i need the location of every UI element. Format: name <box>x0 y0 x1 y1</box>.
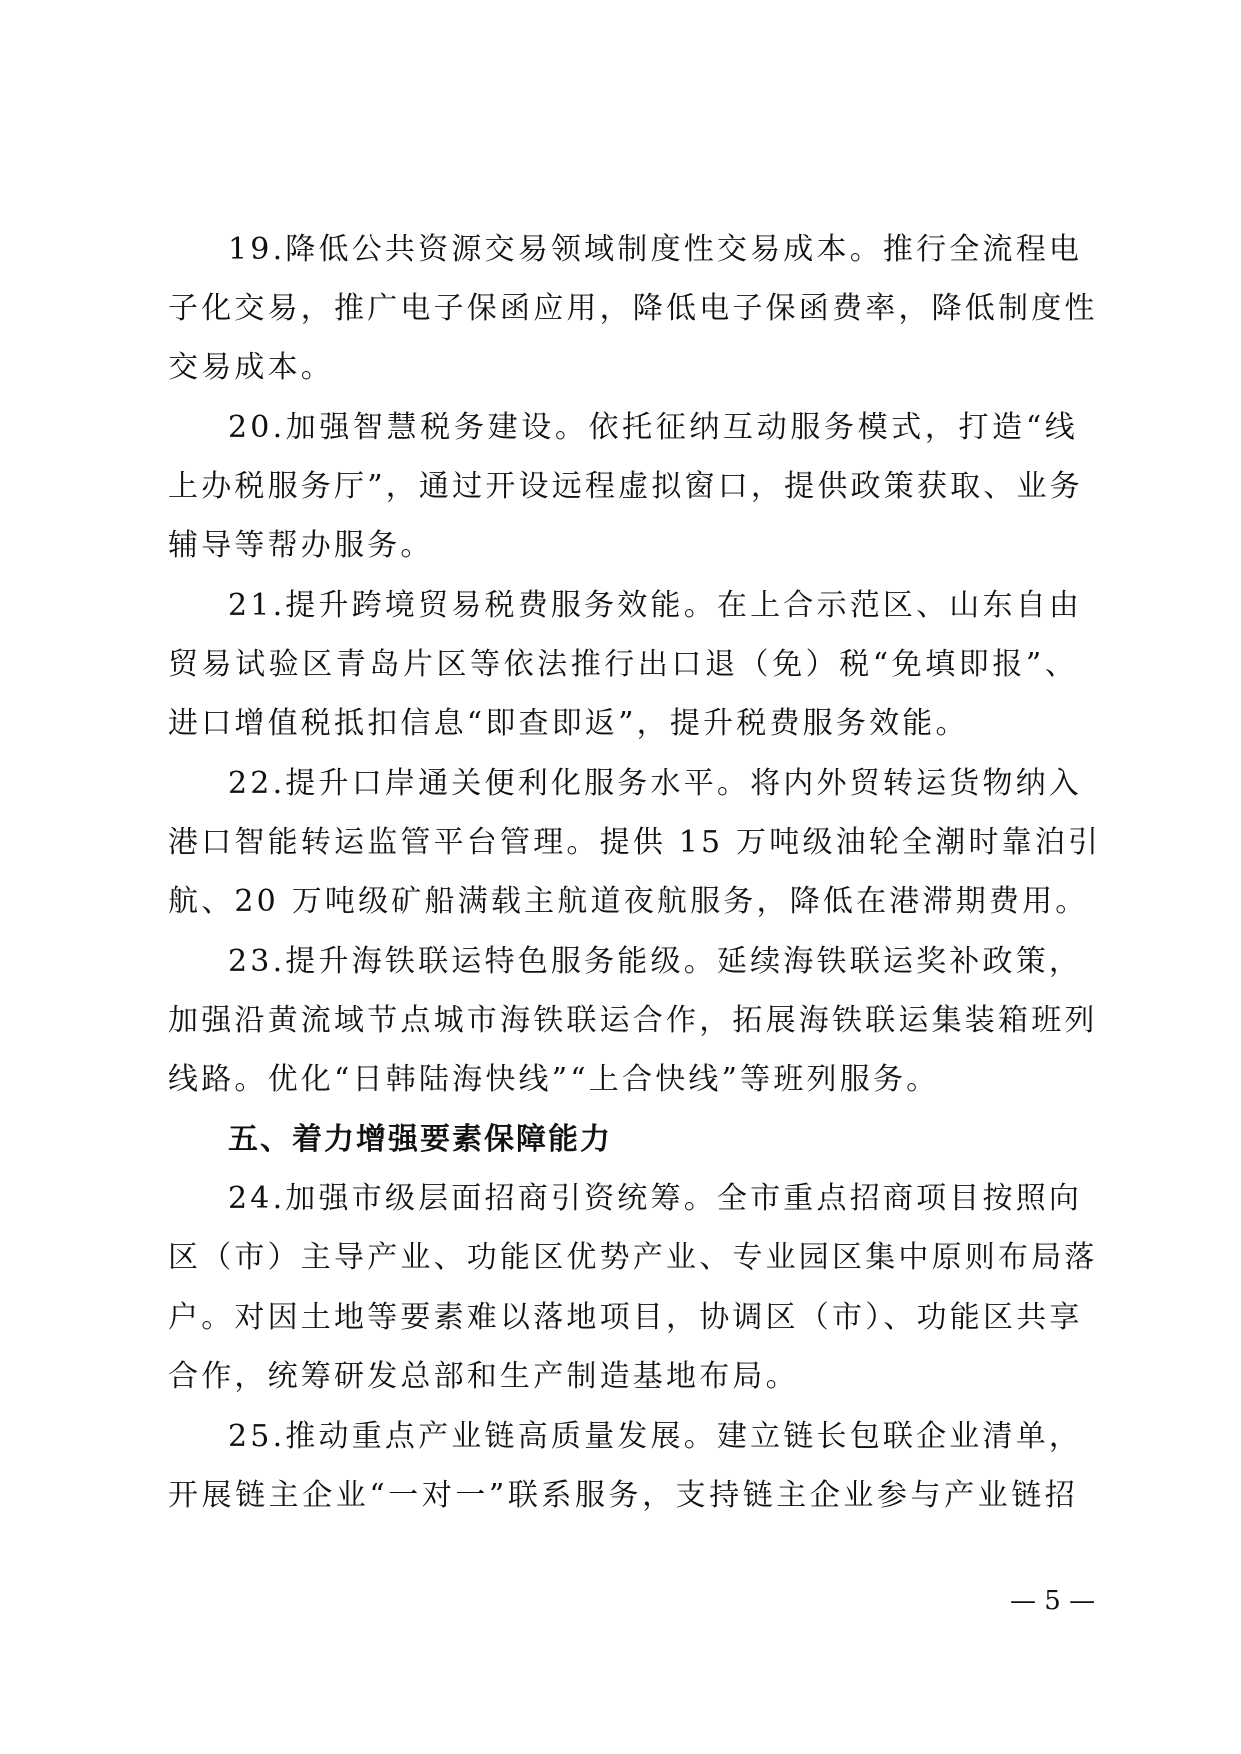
item-25-line-1: 25.推动重点产业链高质量发展。建立链长包联企业清单， <box>228 1413 1078 1461</box>
document-page: 19.降低公共资源交易领域制度性交易成本。推行全流程电 子化交易，推广电子保函应… <box>0 0 1241 1754</box>
section-heading: 五、着力增强要素保障能力 <box>228 1116 1078 1164</box>
page-number: — 5 — <box>1010 1586 1090 1616</box>
item-22-line-2: 港口智能转运监管平台管理。提供 15 万吨级油轮全潮时靠泊引 <box>168 819 1078 867</box>
item-20-line-1: 20.加强智慧税务建设。依托征纳互动服务模式，打造“线 <box>228 404 1078 452</box>
item-21-line-3: 进口增值税抵扣信息“即查即返”，提升税费服务效能。 <box>168 700 1078 748</box>
item-24-line-1: 24.加强市级层面招商引资统筹。全市重点招商项目按照向 <box>228 1175 1078 1223</box>
item-24-line-4: 合作，统筹研发总部和生产制造基地布局。 <box>168 1353 1078 1401</box>
item-24-line-2: 区（市）主导产业、功能区优势产业、专业园区集中原则布局落 <box>168 1234 1078 1282</box>
item-21-line-1: 21.提升跨境贸易税费服务效能。在上合示范区、山东自由 <box>228 582 1078 630</box>
item-23-line-3: 线路。优化“日韩陆海快线”“上合快线”等班列服务。 <box>168 1056 1078 1104</box>
item-22-line-1: 22.提升口岸通关便利化服务水平。将内外贸转运货物纳入 <box>228 760 1078 808</box>
item-19-line-2: 子化交易，推广电子保函应用，降低电子保函费率，降低制度性 <box>168 285 1078 333</box>
item-21-line-2: 贸易试验区青岛片区等依法推行出口退（免）税“免填即报”、 <box>168 641 1078 689</box>
item-19-line-1: 19.降低公共资源交易领域制度性交易成本。推行全流程电 <box>228 226 1078 274</box>
item-22-line-3: 航、20 万吨级矿船满载主航道夜航服务，降低在港滞期费用。 <box>168 878 1078 926</box>
item-23-line-1: 23.提升海铁联运特色服务能级。延续海铁联运奖补政策， <box>228 938 1078 986</box>
item-24-line-3: 户。对因土地等要素难以落地项目，协调区（市）、功能区共享 <box>168 1294 1078 1342</box>
item-25-line-2: 开展链主企业“一对一”联系服务，支持链主企业参与产业链招 <box>168 1472 1078 1520</box>
item-19-line-3: 交易成本。 <box>168 344 1078 392</box>
item-20-line-3: 辅导等帮办服务。 <box>168 522 1078 570</box>
item-23-line-2: 加强沿黄流域节点城市海铁联运合作，拓展海铁联运集装箱班列 <box>168 997 1078 1045</box>
item-20-line-2: 上办税服务厅”，通过开设远程虚拟窗口，提供政策获取、业务 <box>168 463 1078 511</box>
